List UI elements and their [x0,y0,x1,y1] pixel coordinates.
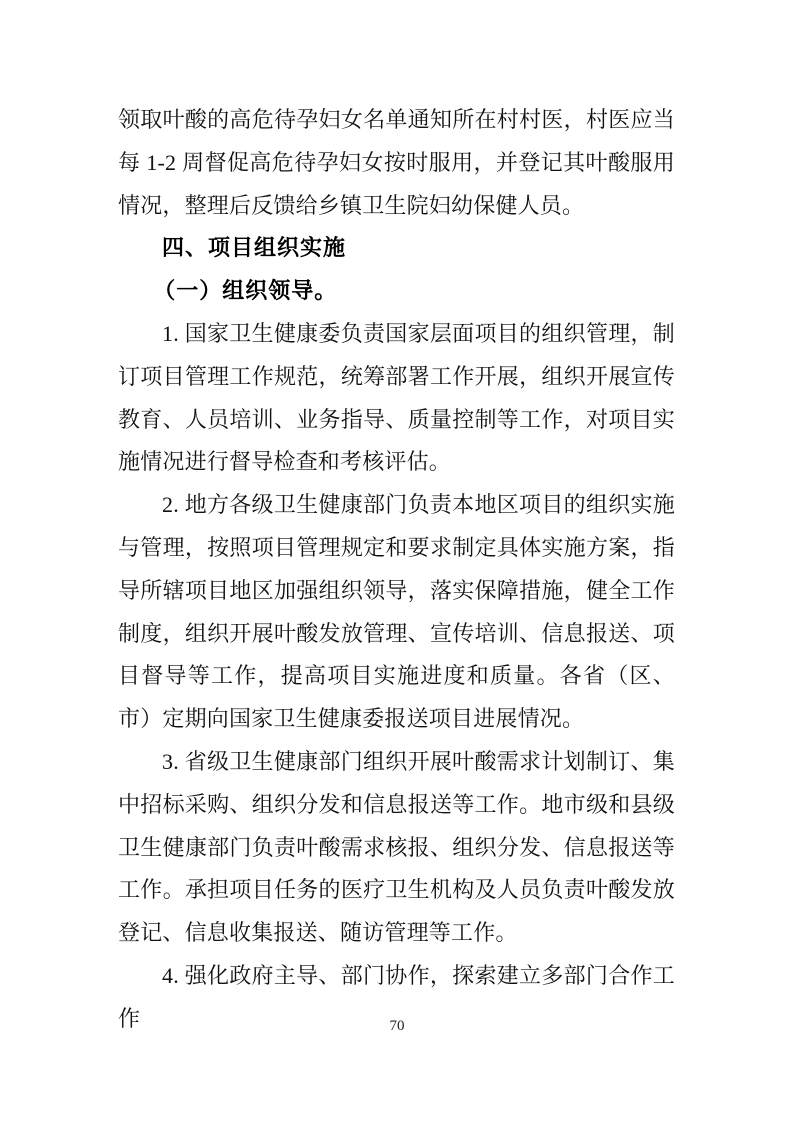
page-footer: 70 [0,1015,794,1037]
paragraph-item-1: 1. 国家卫生健康委负责国家层面项目的组织管理，制订项目管理工作规范，统筹部署工… [118,313,675,484]
paragraph-item-2: 2. 地方各级卫生健康部门负责本地区项目的组织实施与管理，按照项目管理规定和要求… [118,484,675,741]
page-number: 70 [390,1018,405,1034]
paragraph-item-3: 3. 省级卫生健康部门组织开展叶酸需求计划制订、集中招标采购、组织分发和信息报送… [118,741,675,955]
subsection-heading: （一）组织领导。 [118,270,675,313]
document-page: 领取叶酸的高危待孕妇女名单通知所在村村医，村医应当每 1-2 周督促高危待孕妇女… [0,0,794,1122]
paragraph-continuation: 领取叶酸的高危待孕妇女名单通知所在村村医，村医应当每 1-2 周督促高危待孕妇女… [118,99,675,227]
section-heading: 四、项目组织实施 [118,227,675,270]
page-content: 领取叶酸的高危待孕妇女名单通知所在村村医，村医应当每 1-2 周督促高危待孕妇女… [118,99,675,1041]
